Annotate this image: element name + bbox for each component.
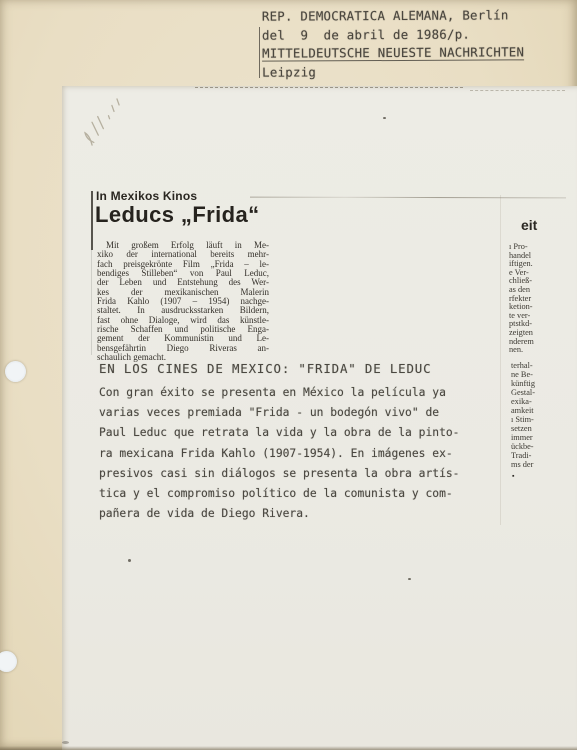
stamp-newspaper-name: MITTELDEUTSCHE NEUESTE NACHRICHTEN	[262, 45, 524, 62]
ink-speck	[408, 578, 411, 580]
spanish-body: Con gran éxito se presenta en México la …	[99, 383, 459, 524]
clipping-seam-line	[500, 195, 501, 525]
scan-bottom-shadow	[0, 746, 577, 750]
article-kicker: In Mexikos Kinos	[96, 189, 197, 203]
right-column-heading-fragment: eit	[521, 217, 537, 233]
date-stamp-block: REP. DEMOCRATICA ALEMANA, Berlín del 9 d…	[262, 6, 525, 82]
stamp-left-rule	[259, 27, 260, 78]
right-column-text-block-1: ı Pro-handeliftigen.e Ver-chließ-as denr…	[509, 243, 569, 355]
right-column-end-mark: ▪	[512, 473, 514, 480]
hole-punch-bottom	[0, 651, 17, 672]
edge-speck	[62, 741, 69, 744]
ink-speck	[128, 559, 131, 562]
hole-punch-top	[5, 361, 26, 382]
column-rule	[91, 191, 93, 250]
spanish-heading: EN LOS CINES DE MEXICO: "FRIDA" DE LEDUC	[99, 361, 431, 376]
stamp-city-line: Leipzig	[262, 62, 524, 82]
clipping-top-edge-right	[470, 90, 565, 91]
stamp-date-line: del 9 de abril de 1986/p.	[262, 25, 524, 45]
handwritten-pencil-mark	[58, 84, 153, 159]
clipping-top-edge	[195, 87, 463, 88]
german-article-body: Mit großem Erfolg läuft in Me-xiko der i…	[97, 241, 269, 362]
article-headline: Leducs „Frida“	[95, 202, 260, 228]
stamp-country-line: REP. DEMOCRATICA ALEMANA, Berlín	[262, 6, 524, 26]
right-column-text-block-2: terhal-ne Be-künftigGestal-exika-amkeitı…	[511, 361, 571, 469]
scanned-page: REP. DEMOCRATICA ALEMANA, Berlín del 9 d…	[0, 0, 577, 750]
column-rule-faded	[91, 250, 92, 355]
ink-speck	[383, 117, 386, 119]
